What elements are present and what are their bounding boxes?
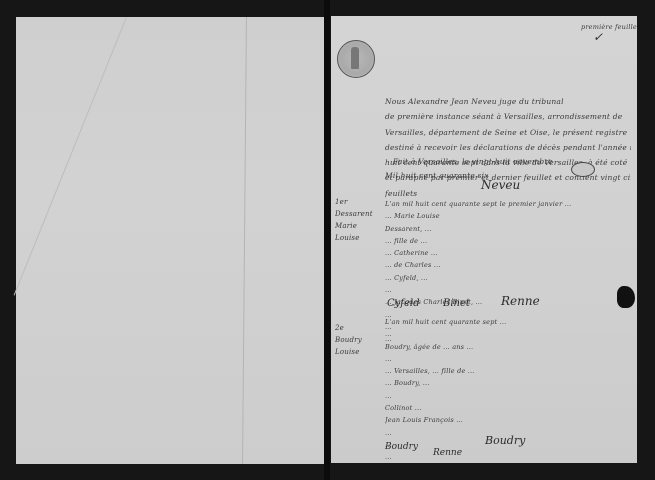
- signature-4: Boudry: [385, 442, 418, 452]
- signature-1: Cyfeld: [387, 298, 420, 309]
- judge-signature: Neveu: [481, 178, 520, 192]
- paraph-signature: ✓: [593, 30, 603, 44]
- entry-1-margin: 1er Dessarent Marie Louise: [335, 196, 373, 244]
- date-line-2: Mil huit cent quarante six: [385, 168, 489, 183]
- signature-6: Boudry: [485, 434, 525, 447]
- paper-crease: [242, 17, 247, 464]
- left-page-blank: [16, 17, 324, 464]
- date-line: Fait à Versailles, le vingt-huit novembr…: [393, 154, 553, 169]
- seal-icon: [337, 40, 375, 78]
- signature-2: Binet: [443, 298, 470, 309]
- right-page: première feuille ✓ Nous Alexandre Jean N…: [331, 16, 637, 463]
- paper-crease: [14, 17, 127, 296]
- stamp-icon: [571, 162, 595, 177]
- book-gutter: [324, 0, 330, 480]
- entry-2-margin: 2e Boudry Louise: [335, 322, 362, 358]
- ink-blot: [617, 286, 635, 308]
- signature-3: Renne: [501, 294, 540, 308]
- top-right-note: première feuille: [581, 20, 637, 35]
- signature-5: Renne: [433, 448, 462, 458]
